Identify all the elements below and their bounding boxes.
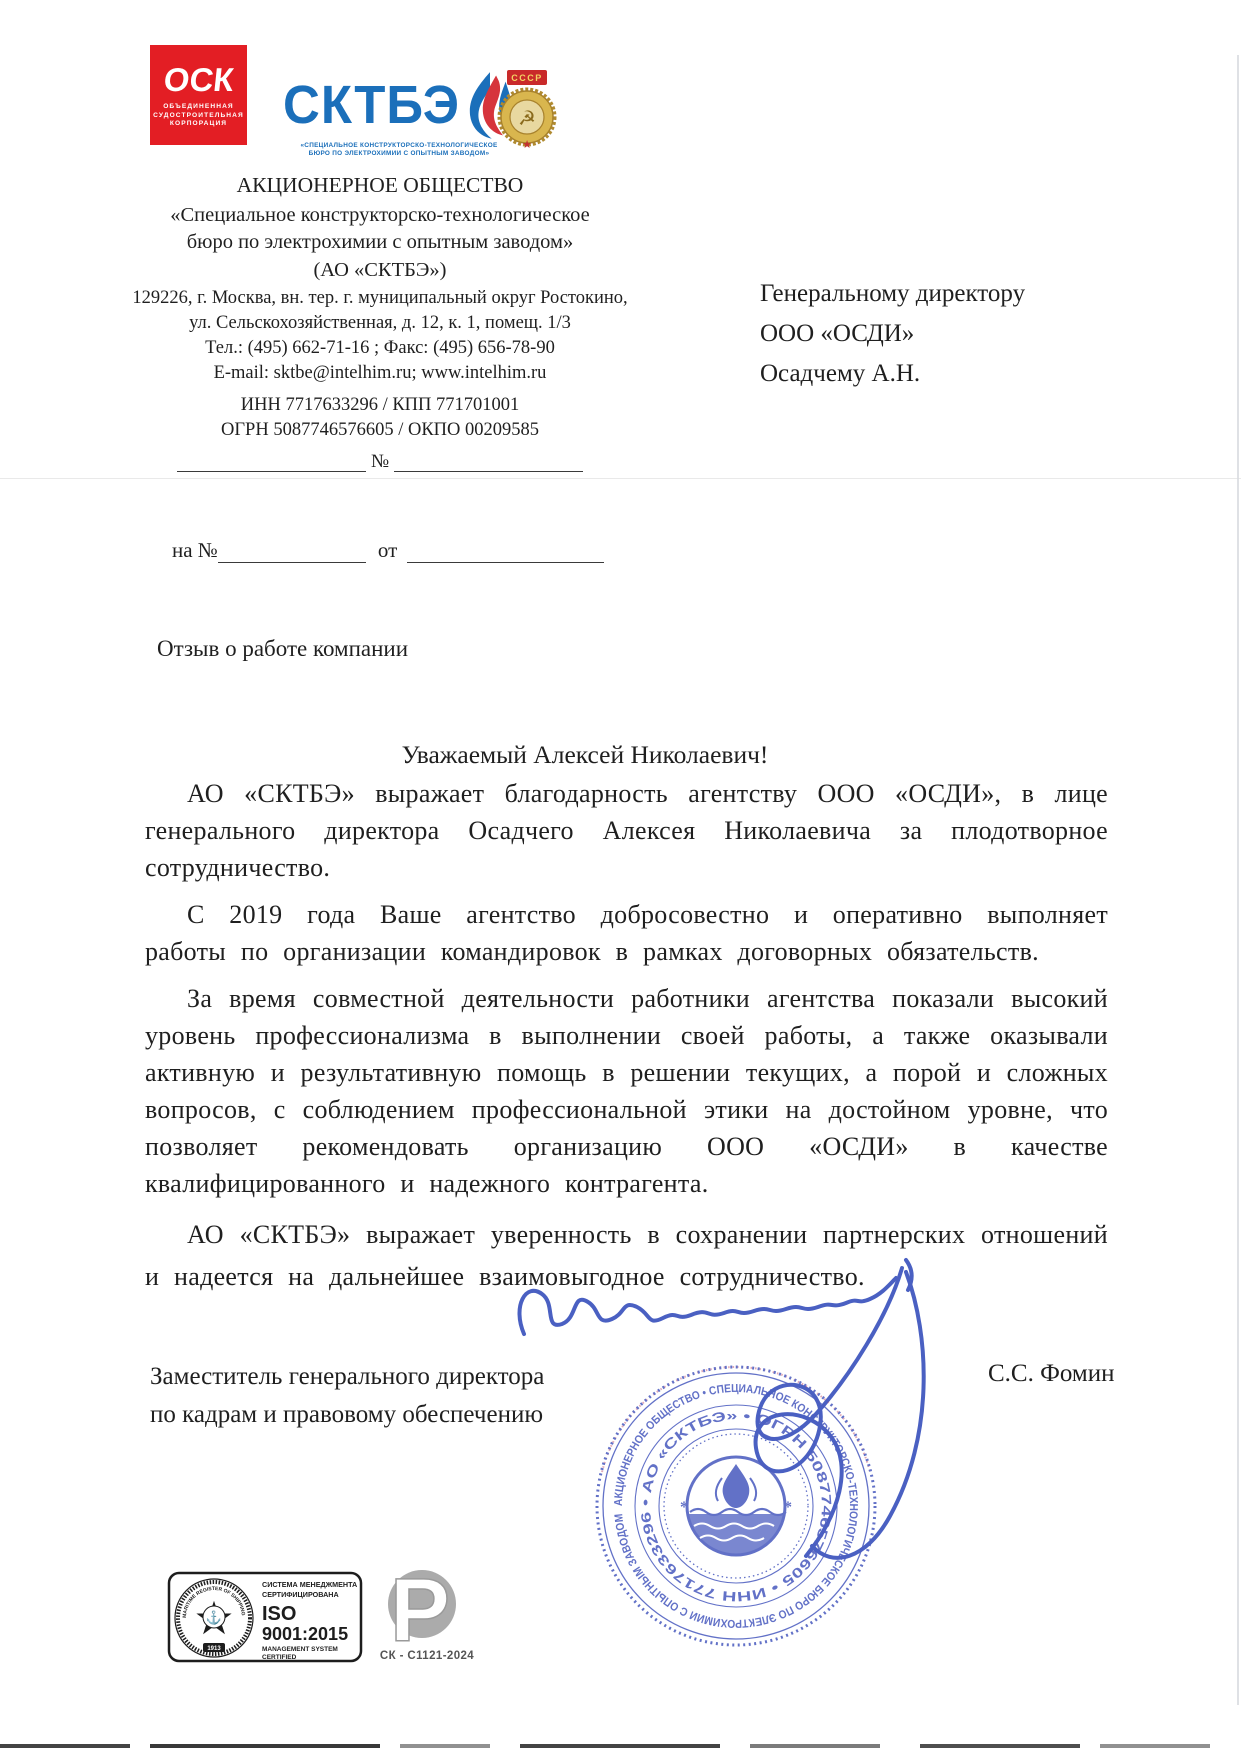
ref-ot-label: от	[378, 538, 397, 563]
ref-date-blank	[407, 538, 604, 563]
scan-bottom-edge	[920, 1744, 1080, 1748]
signer-title-line1: Заместитель генерального директора	[150, 1358, 544, 1396]
ref-na-label: на №	[172, 538, 218, 563]
org-inn-kpp: ИНН 7717633296 / КПП 771701001	[100, 393, 660, 418]
scan-bottom-edge	[400, 1744, 490, 1748]
org-name-line1: «Специальное конструкторско-технологичес…	[100, 202, 660, 229]
scan-bottom-edge	[1100, 1744, 1210, 1748]
outgoing-number-line: №	[177, 451, 583, 472]
company-stamp: АКЦИОНЕРНОЕ ОБЩЕСТВО • СПЕЦИАЛЬНОЕ КОНСТ…	[592, 1362, 880, 1650]
svg-text:СССР: СССР	[511, 73, 543, 83]
org-phone-fax: Тел.: (495) 662-71-16 ; Факс: (495) 656-…	[100, 336, 660, 361]
signer-name: С.С. Фомин	[988, 1360, 1114, 1388]
osk-logo-caption: ОБЪЕДИНЕННАЯ СУДОСТРОИТЕЛЬНАЯ КОРПОРАЦИЯ	[153, 103, 244, 129]
scan-bottom-edge	[0, 1744, 130, 1748]
iso-text-line3: MANAGEMENT SYSTEM	[262, 1646, 338, 1653]
paragraph-3: За время совместной деятельности работни…	[145, 980, 1108, 1202]
paragraph-1: АО «СКТБЭ» выражает благодарность агентс…	[145, 775, 1108, 886]
sktbe-logo-abbr: СКТБЭ	[283, 74, 460, 137]
osk-logo-abbr: ОСК	[162, 63, 235, 96]
scan-bottom-edge	[150, 1744, 380, 1748]
recipient-position: Генеральному директору	[760, 274, 1025, 314]
letter-body: АО «СКТБЭ» выражает благодарность агентс…	[145, 775, 1108, 1308]
scan-bottom-edge	[750, 1744, 880, 1748]
salutation: Уважаемый Алексей Николаевич!	[375, 740, 795, 770]
org-type: АКЦИОНЕРНОЕ ОБЩЕСТВО	[100, 172, 660, 199]
iso-label: ISO	[262, 1603, 296, 1625]
scan-bottom-edge	[520, 1744, 720, 1748]
org-short-name: (АО «СКТБЭ»)	[100, 256, 660, 284]
sktbe-logo-caption: «СПЕЦИАЛЬНОЕ КОНСТРУКТОРСКО-ТЕХНОЛОГИЧЕС…	[283, 142, 515, 158]
scanned-letter-page: ОСК ОБЪЕДИНЕННАЯ СУДОСТРОИТЕЛЬНАЯ КОРПОР…	[0, 0, 1241, 1755]
register-p-mark: Р	[382, 1566, 466, 1662]
org-address-line1: 129226, г. Москва, вн. тер. г. муниципал…	[100, 286, 660, 311]
iso-text-line2: СЕРТИФИЦИРОВАНА	[262, 1590, 339, 1599]
ref-number-blank	[218, 538, 366, 563]
anchor-icon: ⚓	[206, 1610, 222, 1625]
svg-text:1913: 1913	[207, 1646, 221, 1652]
scan-fold-line	[0, 478, 1241, 479]
letterhead: АКЦИОНЕРНОЕ ОБЩЕСТВО «Специальное констр…	[100, 172, 660, 472]
paragraph-2: С 2019 года Ваше агентство добросовестно…	[145, 896, 1108, 970]
reference-line: на № от	[172, 538, 604, 563]
recipient-block: Генеральному директору ООО «ОСДИ» Осадче…	[760, 274, 1025, 394]
org-address-line2: ул. Сельскохозяйственная, д. 12, к. 1, п…	[100, 311, 660, 336]
signer-title-line2: по кадрам и правовому обеспечению	[150, 1396, 544, 1434]
svg-text:*: *	[680, 1499, 688, 1516]
p-mark-code: СК - С1121-2024	[366, 1650, 488, 1662]
iso-text-line4: CERTIFIED	[262, 1654, 297, 1661]
recipient-company: ООО «ОСДИ»	[760, 314, 1025, 354]
iso-standard: 9001:2015	[262, 1624, 348, 1644]
subject-line: Отзыв о работе компании	[157, 636, 408, 662]
date-blank-line	[177, 451, 366, 472]
red-star-icon: ★	[522, 139, 532, 151]
number-blank-line	[394, 451, 583, 472]
ussr-order-emblem: СССР ☭ ★	[497, 68, 557, 154]
scan-edge-line	[1237, 55, 1239, 1705]
org-ogrn-okpo: ОГРН 5087746576605 / ОКПО 00209585	[100, 418, 660, 443]
osk-logo: ОСК ОБЪЕДИНЕННАЯ СУДОСТРОИТЕЛЬНАЯ КОРПОР…	[150, 45, 247, 145]
svg-text:*: *	[784, 1499, 792, 1516]
org-name-line2: бюро по электрохимии с опытным заводом»	[100, 229, 660, 256]
signer-title: Заместитель генерального директора по ка…	[150, 1358, 544, 1434]
org-email-site: E-mail: sktbe@intelhim.ru; www.intelhim.…	[100, 361, 660, 386]
iso-text-line1: СИСТЕМА МЕНЕДЖМЕНТА	[262, 1580, 357, 1589]
svg-text:Р: Р	[390, 1566, 450, 1661]
recipient-person: Осадчему А.Н.	[760, 354, 1025, 394]
number-sign: №	[366, 452, 394, 472]
iso-certification-badge: MARITIME REGISTER OF SHIPPING ★ ⚓ 1913 С…	[166, 1570, 364, 1664]
hammer-sickle-icon: ☭	[518, 108, 536, 130]
